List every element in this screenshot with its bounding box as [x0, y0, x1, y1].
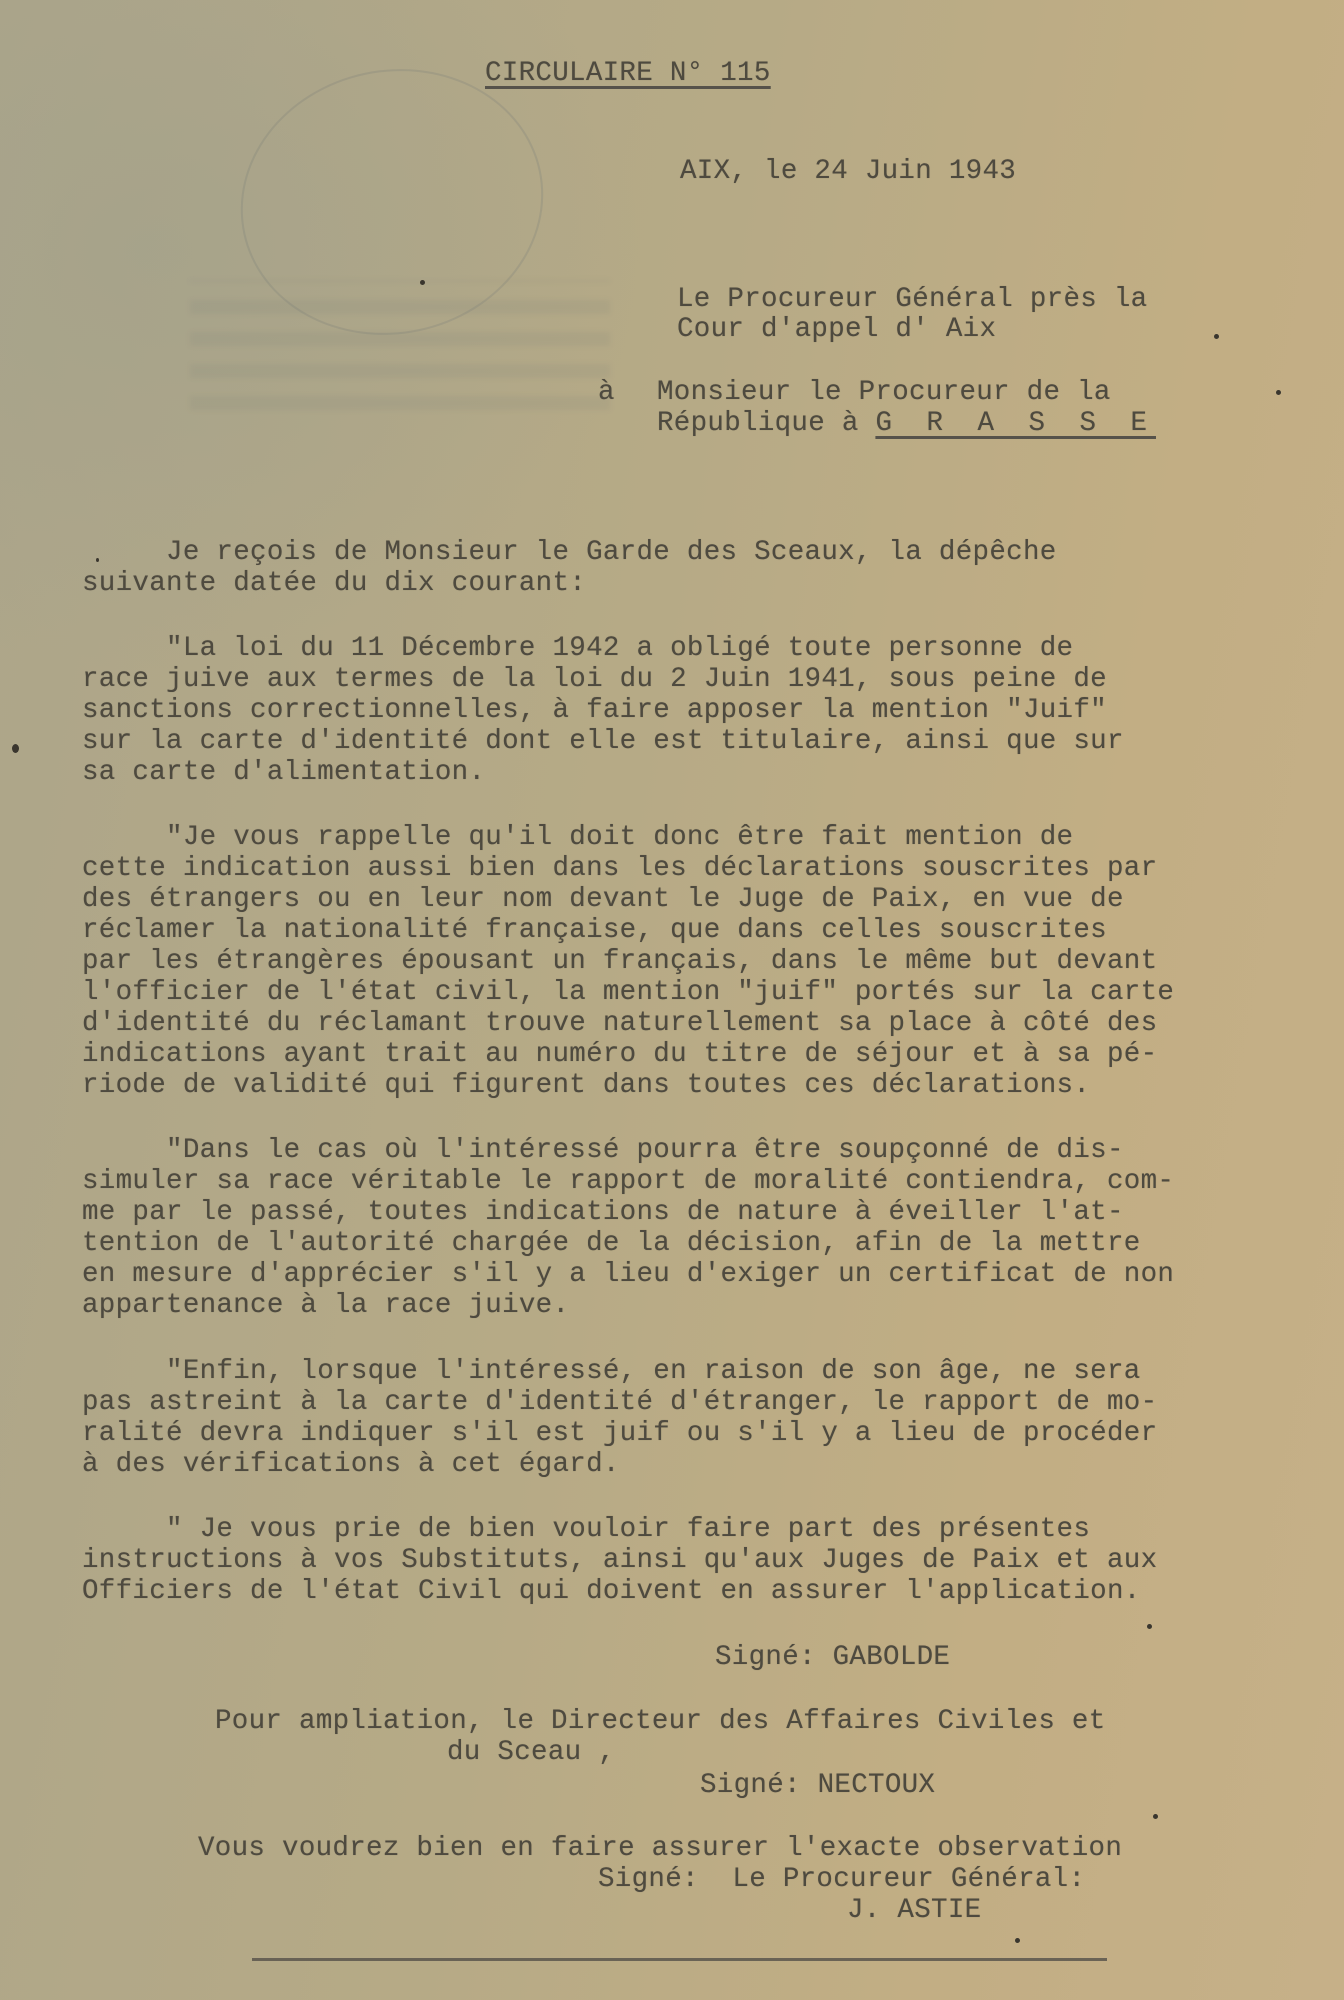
paragraph-line: "Je vous rappelle qu'il doit donc être f…	[82, 822, 1073, 853]
paragraph-line: en mesure d'apprécier s'il y a lieu d'ex…	[82, 1259, 1174, 1290]
ampliation-line-1: Pour ampliation, le Directeur des Affair…	[215, 1706, 1106, 1737]
recipient-line-1: Monsieur le Procureur de la	[657, 377, 1111, 408]
paragraph-line: race juive aux termes de la loi du 2 Jui…	[82, 664, 1107, 695]
scanned-document-page: CIRCULAIRE N° 115 AIX, le 24 Juin 1943 L…	[0, 0, 1344, 2000]
dust-speck	[1015, 1938, 1020, 1943]
dust-speck	[96, 558, 99, 562]
paragraph-line: sur la carte d'identité dont elle est ti…	[82, 726, 1124, 757]
signature-gabolde: Signé: GABOLDE	[715, 1642, 950, 1673]
recipient-city: G R A S S E	[875, 408, 1156, 439]
paragraph-line: instructions à vos Substituts, ainsi qu'…	[82, 1545, 1157, 1576]
ampliation-line-2: du Sceau ,	[447, 1737, 615, 1768]
paragraph-line: Officiers de l'état Civil qui doivent en…	[82, 1576, 1141, 1607]
paragraph-line: indications ayant trait au numéro du tit…	[82, 1039, 1157, 1070]
closing-line-1: Vous voudrez bien en faire assurer l'exa…	[198, 1833, 1122, 1864]
paragraph-line: "Enfin, lorsque l'intéressé, en raison d…	[82, 1356, 1141, 1387]
dust-speck	[12, 744, 19, 753]
paragraph-line: par les étrangères épousant un français,…	[82, 946, 1157, 977]
sender-line-2: Cour d'appel d' Aix	[677, 314, 996, 345]
closing-horizontal-rule	[252, 1958, 1107, 1961]
paragraph-line: sanctions correctionnelles, à faire appo…	[82, 695, 1107, 726]
signature-nectoux: Signé: NECTOUX	[700, 1770, 935, 1801]
recipient-line-2-prefix: République à	[657, 408, 875, 439]
paragraph-line: d'identité du réclamant trouve naturelle…	[82, 1008, 1157, 1039]
dust-speck	[1276, 390, 1281, 395]
closing-line-2: Signé: Le Procureur Général:	[598, 1864, 1085, 1895]
dust-speck	[1153, 1814, 1158, 1819]
recipient-prefix: à	[598, 377, 615, 408]
paragraph-line: " Je vous prie de bien vouloir faire par…	[82, 1514, 1090, 1545]
dust-speck	[1214, 334, 1219, 339]
paragraph-line: riode de validité qui figurent dans tout…	[82, 1070, 1090, 1101]
paragraph-line: ralité devra indiquer s'il est juif ou s…	[82, 1418, 1157, 1449]
paragraph-line: tention de l'autorité chargée de la déci…	[82, 1228, 1141, 1259]
paragraph-line: cette indication aussi bien dans les déc…	[82, 853, 1157, 884]
paragraph-line: appartenance à la race juive.	[82, 1290, 569, 1321]
place-date: AIX, le 24 Juin 1943	[680, 156, 1016, 187]
paragraph-line: simuler sa race véritable le rapport de …	[82, 1166, 1174, 1197]
paragraph-line: pas astreint à la carte d'identité d'étr…	[82, 1387, 1157, 1418]
dust-speck	[420, 280, 425, 285]
paragraph-line: sa carte d'alimentation.	[82, 757, 485, 788]
intro-line: suivante datée du dix courant:	[82, 568, 586, 599]
sender-line-1: Le Procureur Général près la	[677, 284, 1147, 315]
paragraph-line: l'officier de l'état civil, la mention "…	[82, 977, 1174, 1008]
intro-line: Je reçois de Monsieur le Garde des Sceau…	[82, 537, 1057, 568]
paragraph-line: "Dans le cas où l'intéressé pourra être …	[82, 1135, 1124, 1166]
faded-show-through-text	[190, 280, 610, 410]
paragraph-line: à des vérifications à cet égard.	[82, 1449, 620, 1480]
paragraph-line: des étrangers ou en leur nom devant le J…	[82, 884, 1124, 915]
dust-speck	[1147, 1624, 1152, 1629]
paragraph-line: réclamer la nationalité française, que d…	[82, 915, 1107, 946]
recipient-line-2: République à G R A S S E	[657, 408, 1156, 439]
document-title: CIRCULAIRE N° 115	[485, 58, 771, 89]
closing-signature-astie: J. ASTIE	[847, 1895, 981, 1926]
paragraph-line: me par le passé, toutes indications de n…	[82, 1197, 1124, 1228]
paragraph-line: "La loi du 11 Décembre 1942 a obligé tou…	[82, 633, 1073, 664]
